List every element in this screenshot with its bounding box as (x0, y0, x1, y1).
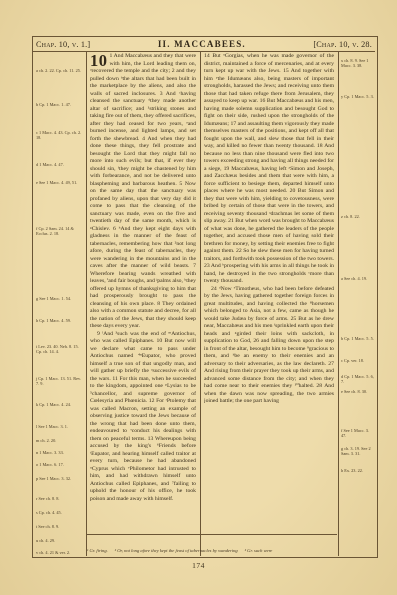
margin-note: m ch. 2. 20. (36, 438, 83, 443)
rule-left-margin (86, 52, 87, 556)
margin-note: o 1 Macc. 6. 17. (36, 462, 83, 467)
margin-note: u ch. 4. 29. (36, 538, 83, 543)
margin-note: e See 1 Macc. 4. 49, 51. (36, 180, 83, 185)
margin-note: x ch. 8. 9. See 1 Macc. 3. 38. (341, 58, 374, 68)
verse-paragraph: 101 And Maccabæus and they that were wit… (90, 53, 196, 331)
margin-note: i Lev. 23. 40. Neh. 8. 15. Cp. ch. 14. 4… (36, 344, 83, 354)
book-page: Chap. 10, v. 1.] II. MACCABEES. [Chap. 1… (0, 0, 397, 595)
margin-note: t See ch. 8. 9. (36, 524, 83, 529)
margin-note: n 1 Macc. 3. 33. (36, 450, 83, 455)
running-head: Chap. 10, v. 1.] II. MACCABEES. [Chap. 1… (33, 37, 375, 52)
margin-note: e See ch. 8. 30. (341, 389, 374, 394)
margin-note: b Cp. 1 Macc. 5. 5. (341, 336, 374, 341)
running-head-title: II. MACCABEES. (158, 39, 246, 49)
margin-note: c Cp. ver. 18. (341, 358, 374, 363)
margin-note: h Cp. 1 Macc. 4. 59. (36, 318, 83, 323)
margin-note: r See ch. 8. 8. (36, 496, 83, 501)
text-column-right: 14 But ˣGorgias, when he was made govern… (204, 53, 334, 533)
verse-paragraph: 9 ˡAnd ³such was the end of ᵐAntiochus, … (90, 331, 196, 504)
margin-note: b Cp. 1 Macc. 1. 47. (36, 102, 83, 107)
rule-right-margin (338, 52, 339, 556)
margin-note: f See 1 Macc. 3. 47. (341, 428, 374, 438)
margin-note: h Ex. 23. 22. (341, 468, 374, 473)
margin-note: a ch. 2. 22. Cp. ch. 11. 25. (36, 68, 83, 73)
rule-column-divider (200, 52, 201, 556)
running-head-right: [Chap. 10, v. 28. (313, 40, 372, 49)
margin-note: j Cp. 1 Macc. 13. 51. Rev. 7. 9. (36, 376, 83, 386)
margin-note: y Cp. 1 Macc. 5. 3. (341, 94, 374, 99)
right-margin-references: x ch. 8. 9. See 1 Macc. 3. 38. y Cp. 1 M… (341, 56, 374, 554)
chapter-drop-cap: 10 (90, 53, 110, 67)
margin-note: d 1 Macc. 4. 47. (36, 162, 83, 167)
margin-note: k Cp. 1 Macc. 4. 24. (36, 402, 83, 407)
margin-note: z ch. 8. 22. (341, 214, 374, 219)
left-margin-references: a ch. 2. 22. Cp. ch. 11. 25. b Cp. 1 Mac… (36, 56, 83, 554)
margin-note: g See 1 Macc. 1. 54. (36, 296, 83, 301)
footnote-line: ¹ Gr. firing. ² Or, not long afore they … (87, 548, 337, 554)
margin-note: f Cp. 2 Sam. 24. 14 & Ecclus. 2. 18. (36, 226, 83, 236)
margin-note: p See 1 Macc. 3. 32. (36, 476, 83, 481)
footnote-block: ¹ Gr. firing. ² Or, not long afore they … (87, 534, 337, 555)
margin-note: v ch. 4. 21 & ver. 2. (36, 550, 83, 555)
margin-note: d Cp. 1 Macc. 5. 6, 7. (341, 374, 374, 384)
margin-note: a See ch. 4. 19. (341, 276, 374, 281)
margin-note: g ch. 3. 19. See 2 Sam. 3. 31. (341, 446, 374, 456)
margin-note: c 1 Macc. 4. 43. Cp. ch. 2. 18. (36, 130, 83, 140)
verse-paragraph: 14 But ˣGorgias, when he was made govern… (204, 53, 334, 286)
verse-text: 1 And Maccabæus and they that were with … (90, 53, 196, 329)
running-head-left: Chap. 10, v. 1.] (36, 40, 90, 49)
page-number: 174 (0, 561, 397, 570)
text-column-left: 101 And Maccabæus and they that were wit… (90, 53, 196, 533)
margin-note: s Cp. ch. 4. 45. (36, 510, 83, 515)
verse-paragraph: 24 ᵈNow ᵉTimotheus, who had been before … (204, 286, 334, 406)
margin-note: l See 1 Macc. 3. 1. (36, 424, 83, 429)
